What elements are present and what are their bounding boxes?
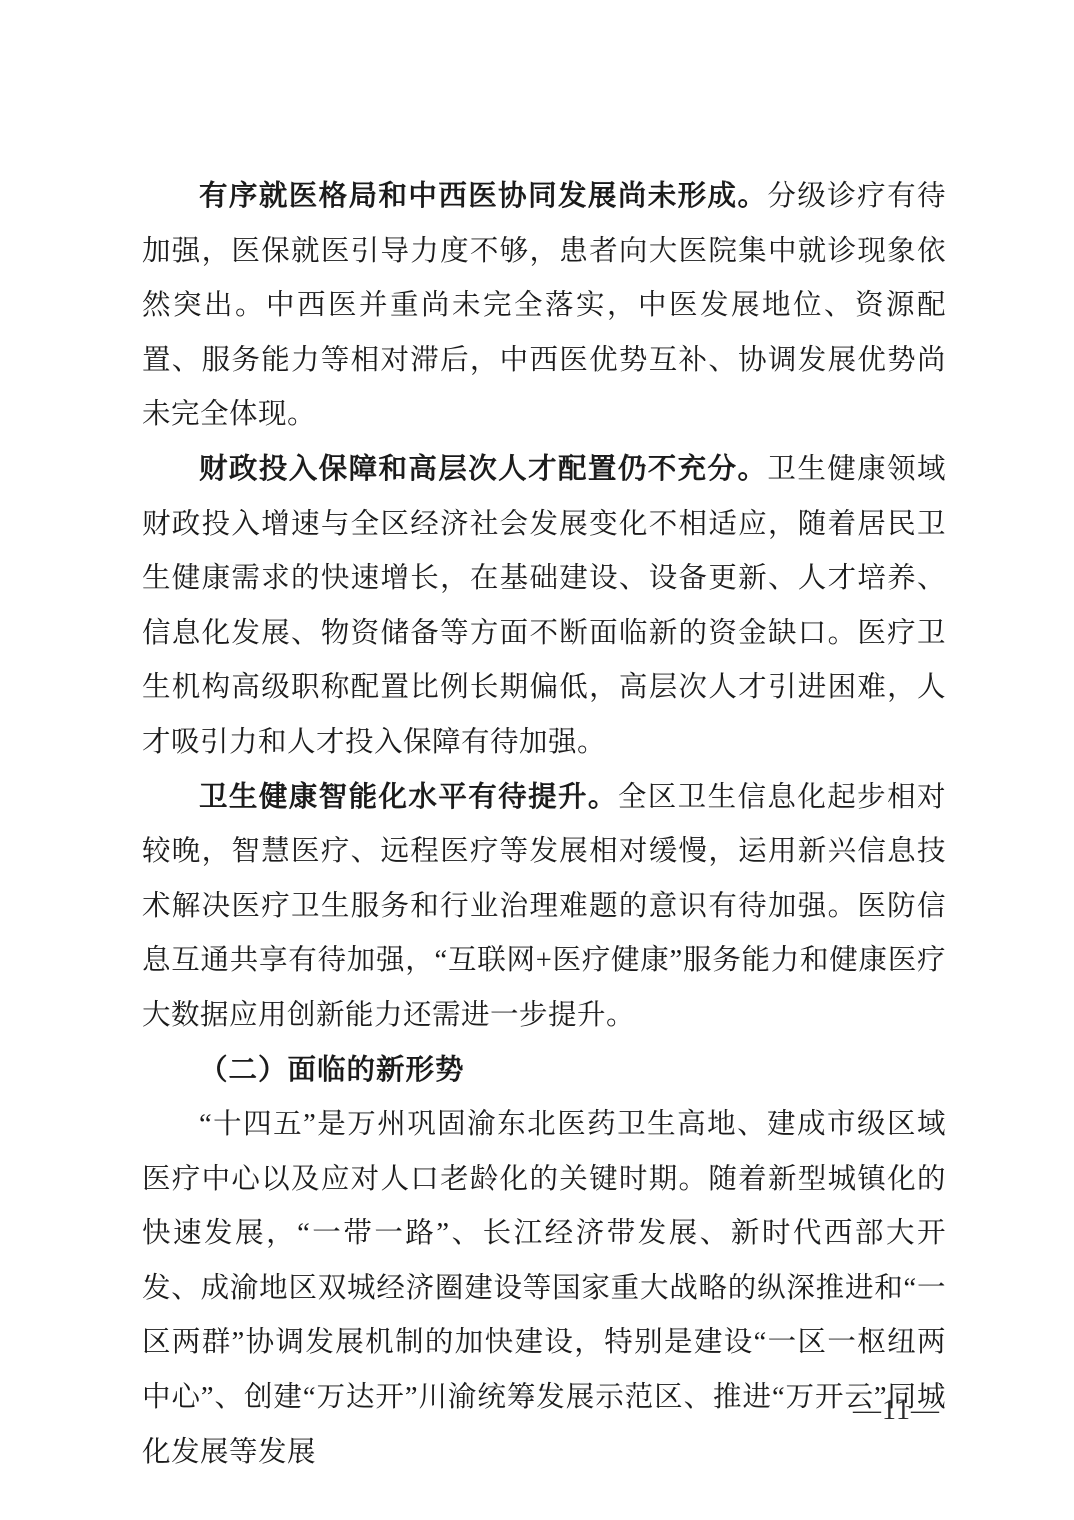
paragraph-text: 分级诊疗有待加强，医保就医引导力度不够，患者向大医院集中就诊现象依然突出。中西医… [142,181,946,430]
paragraph-fiscal-investment: 财政投入保障和高层次人才配置仍不充分。卫生健康领域财政投入增速与全区经济社会发展… [142,443,946,771]
paragraph-ordered-medical-pattern: 有序就医格局和中西医协同发展尚未形成。分级诊疗有待加强，医保就医引导力度不够，患… [142,170,946,443]
paragraph-new-situation: “十四五”是万州巩固渝东北医药卫生高地、建成市级区域医疗中心以及应对人口老龄化的… [142,1098,946,1480]
paragraph-bold-lead: 财政投入保障和高层次人才配置仍不充分。 [199,454,767,485]
document-body: 有序就医格局和中西医协同发展尚未形成。分级诊疗有待加强，医保就医引导力度不够，患… [142,170,946,1480]
paragraph-text: 全区卫生信息化起步相对较晚，智慧医疗、远程医疗等发展相对缓慢，运用新兴信息技术解… [142,782,946,1031]
paragraph-health-intelligence: 卫生健康智能化水平有待提升。全区卫生信息化起步相对较晚，智慧医疗、远程医疗等发展… [142,771,946,1044]
paragraph-text: 卫生健康领域财政投入增速与全区经济社会发展变化不相适应，随着居民卫生健康需求的快… [142,454,946,758]
document-page: 有序就医格局和中西医协同发展尚未形成。分级诊疗有待加强，医保就医引导力度不够，患… [0,0,1074,1520]
section-heading: （二）面临的新形势 [142,1044,946,1099]
paragraph-bold-lead: 卫生健康智能化水平有待提升。 [199,782,618,813]
page-number: —11— [853,1394,940,1428]
paragraph-text: “十四五”是万州巩固渝东北医药卫生高地、建成市级区域医疗中心以及应对人口老龄化的… [142,1109,946,1468]
paragraph-bold-lead: 有序就医格局和中西医协同发展尚未形成。 [199,181,767,212]
